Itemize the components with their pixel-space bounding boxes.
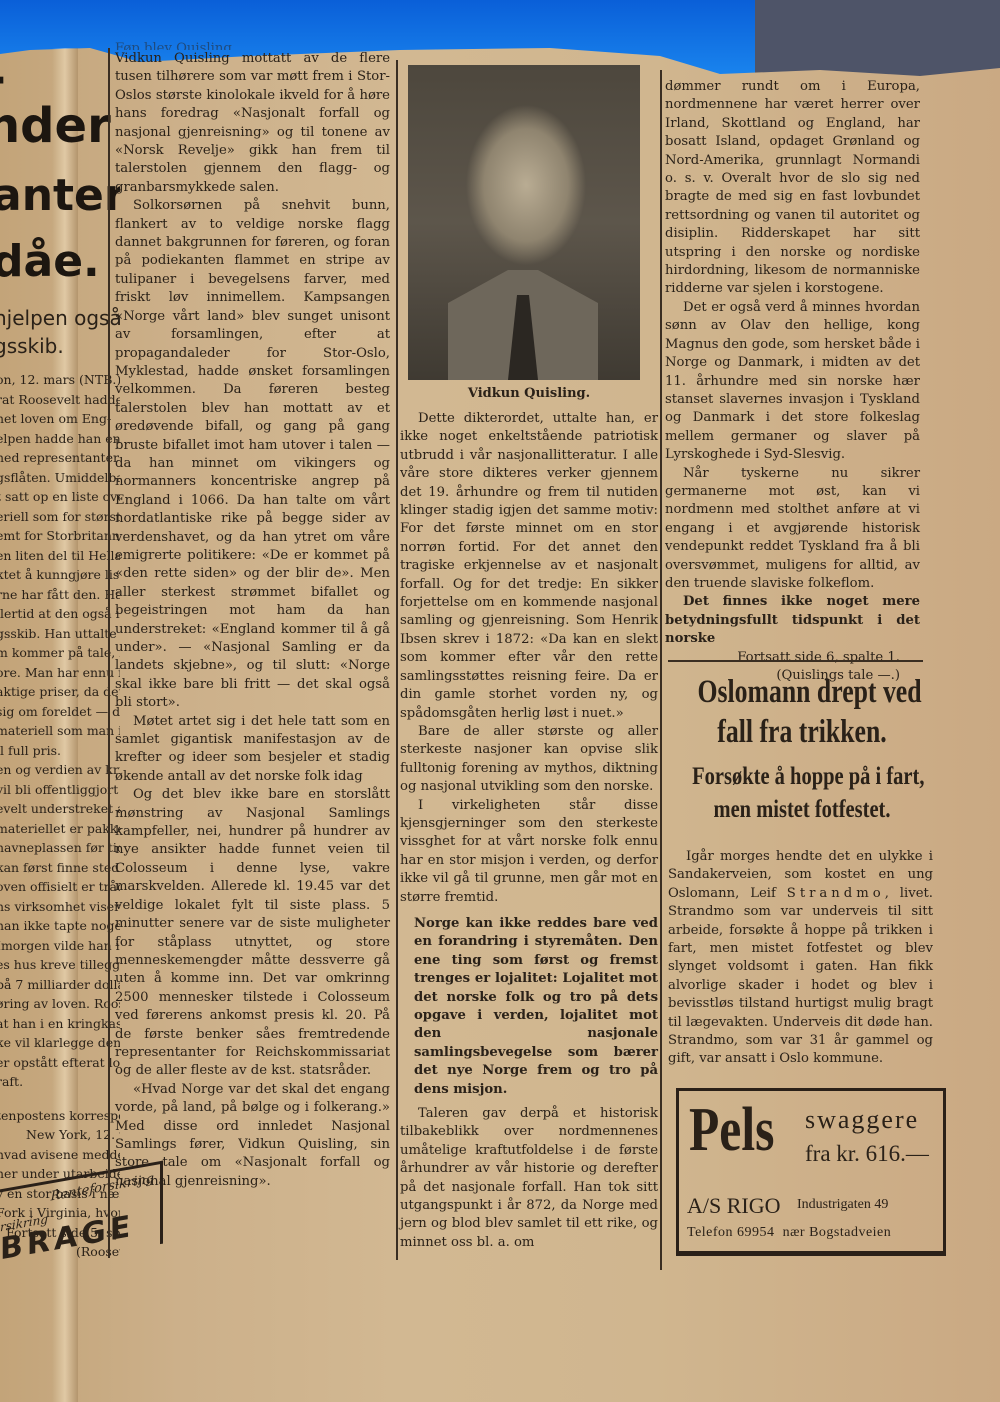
- paragraph: Vidkun Quisling mottatt av de flere tuse…: [115, 50, 390, 197]
- text-line: net loven om Eng-: [0, 409, 120, 429]
- text-line: kan først finne sted nu,: [0, 858, 120, 878]
- story-headline: Oslomann drept ved: [697, 672, 906, 712]
- text-line: elpen hadde han en: [0, 429, 120, 449]
- left-headline: -nder anter dåe.: [0, 54, 120, 284]
- section-rule: [668, 660, 923, 662]
- text-line: hvad avisene meddeler, er: [0, 1145, 120, 1165]
- paragraph: Solkorsørnen på snehvit bunn, flankert a…: [115, 197, 390, 712]
- ad-firm: A/S RIGO: [687, 1193, 781, 1219]
- text-line: evelt understreket at ikke: [0, 799, 120, 819]
- bold-quote: Norge kan ikke reddes bare ved en forand…: [400, 915, 658, 1099]
- paragraph: Bare de aller største og aller sterkeste…: [400, 723, 658, 797]
- text-line: gsflåten. Umiddelbart: [0, 468, 120, 488]
- story-subhead: Forsøkte å hoppe på i fart,: [692, 760, 912, 793]
- article-column-2: Føp blev Quisling Vidkun Quisling mottat…: [115, 48, 390, 1191]
- left-subhead: hjelpen også gsskib.: [0, 304, 120, 360]
- text-line: vil bli offentliggjort i sin: [0, 780, 120, 800]
- text-line: Imorgen vilde han i repre-: [0, 936, 120, 956]
- story-body: Igår morges hendte det en ulykke i Sanda…: [668, 848, 933, 1069]
- text-line: materiellet er pakket eller: [0, 819, 120, 839]
- pels-advertisement: Pels swaggere fra kr. 616.— A/S RIGO Ind…: [676, 1088, 946, 1256]
- left-partial-column: -nder anter dåe. hjelpen også gsskib. on…: [0, 48, 120, 1262]
- text-line: rne har fått den. Han: [0, 585, 120, 605]
- text-line: er opstått efterat loven er: [0, 1053, 120, 1073]
- text-line: oven offisielt er trådt i: [0, 877, 120, 897]
- paragraph: Dette dikterordet, uttalte han, er ikke …: [400, 410, 658, 723]
- bold-paragraph: Det finnes ikke noget mere betydningsful…: [665, 593, 920, 648]
- spaced-name: Strandmo: [787, 886, 885, 901]
- text-line: at han i en kringkastet tale: [0, 1014, 120, 1034]
- paragraph: Det er også verd å minnes hvordan sønn a…: [665, 299, 920, 465]
- text-line: han ikke tapte nogen tid.: [0, 916, 120, 936]
- headline-fragment: dåe.: [0, 240, 120, 284]
- paragraph: Og det blev ikke bare en storslått mønst…: [115, 786, 390, 1081]
- text-line: es hus kreve tilleggsbevilg-: [0, 955, 120, 975]
- text-line: m kommer på tale, ikke: [0, 643, 120, 663]
- text-line: ore. Man har ennu ikke: [0, 663, 120, 683]
- cut-line: Føp blev Quisling: [115, 40, 390, 50]
- text-line: emt for Storbritannien: [0, 526, 120, 546]
- sub-place: New York, 12. mars.: [0, 1125, 120, 1145]
- column-rule: [108, 48, 110, 1258]
- paragraph: Når tyskerne nu sikrer germanerne mot øs…: [665, 465, 920, 594]
- text-line: llertid at den også inn-: [0, 604, 120, 624]
- text-line: en liten del til Hellas.: [0, 546, 120, 566]
- portrait-photo: [408, 65, 640, 380]
- text-line: ned representanter for: [0, 448, 120, 468]
- paragraph: Taleren gav derpå et historisk tilbakebl…: [400, 1105, 658, 1252]
- paragraph: dømmer rundt om i Europa, nordmennene ha…: [665, 78, 920, 299]
- paragraph: «Hvad Norge var det skal det engang vord…: [115, 1081, 390, 1191]
- sub-dateline: tenpostens korrespondent.: [0, 1106, 120, 1126]
- paragraph: Møtet artet sig i det hele tatt som en s…: [115, 713, 390, 787]
- text-line: sig om foreldet — dels: [0, 702, 120, 722]
- paragraph: I virkeligheten står disse kjensgjerning…: [400, 797, 658, 907]
- text-line: en og verdien av krigs-: [0, 760, 120, 780]
- text-line: ktet å kunngjøre listen: [0, 565, 120, 585]
- ad-phone: Telefon 69954 nær Bogstadveien: [687, 1225, 891, 1241]
- headline-fragment: -nder: [0, 54, 120, 150]
- article-column-4: dømmer rundt om i Europa, nordmennene ha…: [665, 78, 920, 685]
- text-line: gsskib. Han uttalte at: [0, 624, 120, 644]
- text-line: øring av loven. Roosevelt: [0, 994, 120, 1014]
- text-line: t satt op en liste over: [0, 487, 120, 507]
- text-line: il full pris.: [0, 741, 120, 761]
- text-line: havneplassen før tiden.: [0, 838, 120, 858]
- text-line: materiell som man ikke: [0, 721, 120, 741]
- paragraph: Igår morges hendte det en ulykke i Sanda…: [668, 848, 933, 1069]
- story-headline: fall fra trikken.: [697, 712, 906, 752]
- continued-note: Fortsatt side 6, spalte 1.: [665, 649, 920, 667]
- left-lines: rat Roosevelt haddenet loven om Eng-elpe…: [0, 390, 120, 1092]
- story-subhead: men mistet fotfestet.: [692, 793, 912, 826]
- ad-title: Pels: [689, 1095, 774, 1166]
- ad-price: fra kr. 616.—: [805, 1141, 929, 1167]
- column-rule: [660, 70, 662, 1270]
- column-rule: [396, 60, 398, 1260]
- text-line: ke vil klarlegge den situa-: [0, 1033, 120, 1053]
- article-column-3: Dette dikterordet, uttalte han, er ikke …: [400, 410, 658, 1252]
- text-line: på 7 milliarder dollar til: [0, 975, 120, 995]
- photo-caption: Vidkun Quisling.: [400, 386, 658, 401]
- text-line: raft.: [0, 1072, 120, 1092]
- text-line: ns virksomhet viser imid-: [0, 897, 120, 917]
- text-line: rat Roosevelt hadde: [0, 390, 120, 410]
- dateline: on, 12. mars (NTB.): [0, 370, 120, 390]
- ad-product: swaggere: [805, 1105, 919, 1135]
- text-line: aktige priser, da det til: [0, 682, 120, 702]
- left-body: on, 12. mars (NTB.) rat Roosevelt hadden…: [0, 370, 120, 1262]
- story-headline-block: Oslomann drept ved fall fra trikken. For…: [668, 672, 936, 826]
- text-line: eriell som for størstc-: [0, 507, 120, 527]
- ad-address: Industrigaten 49: [797, 1197, 888, 1213]
- headline-fragment: anter: [0, 174, 120, 218]
